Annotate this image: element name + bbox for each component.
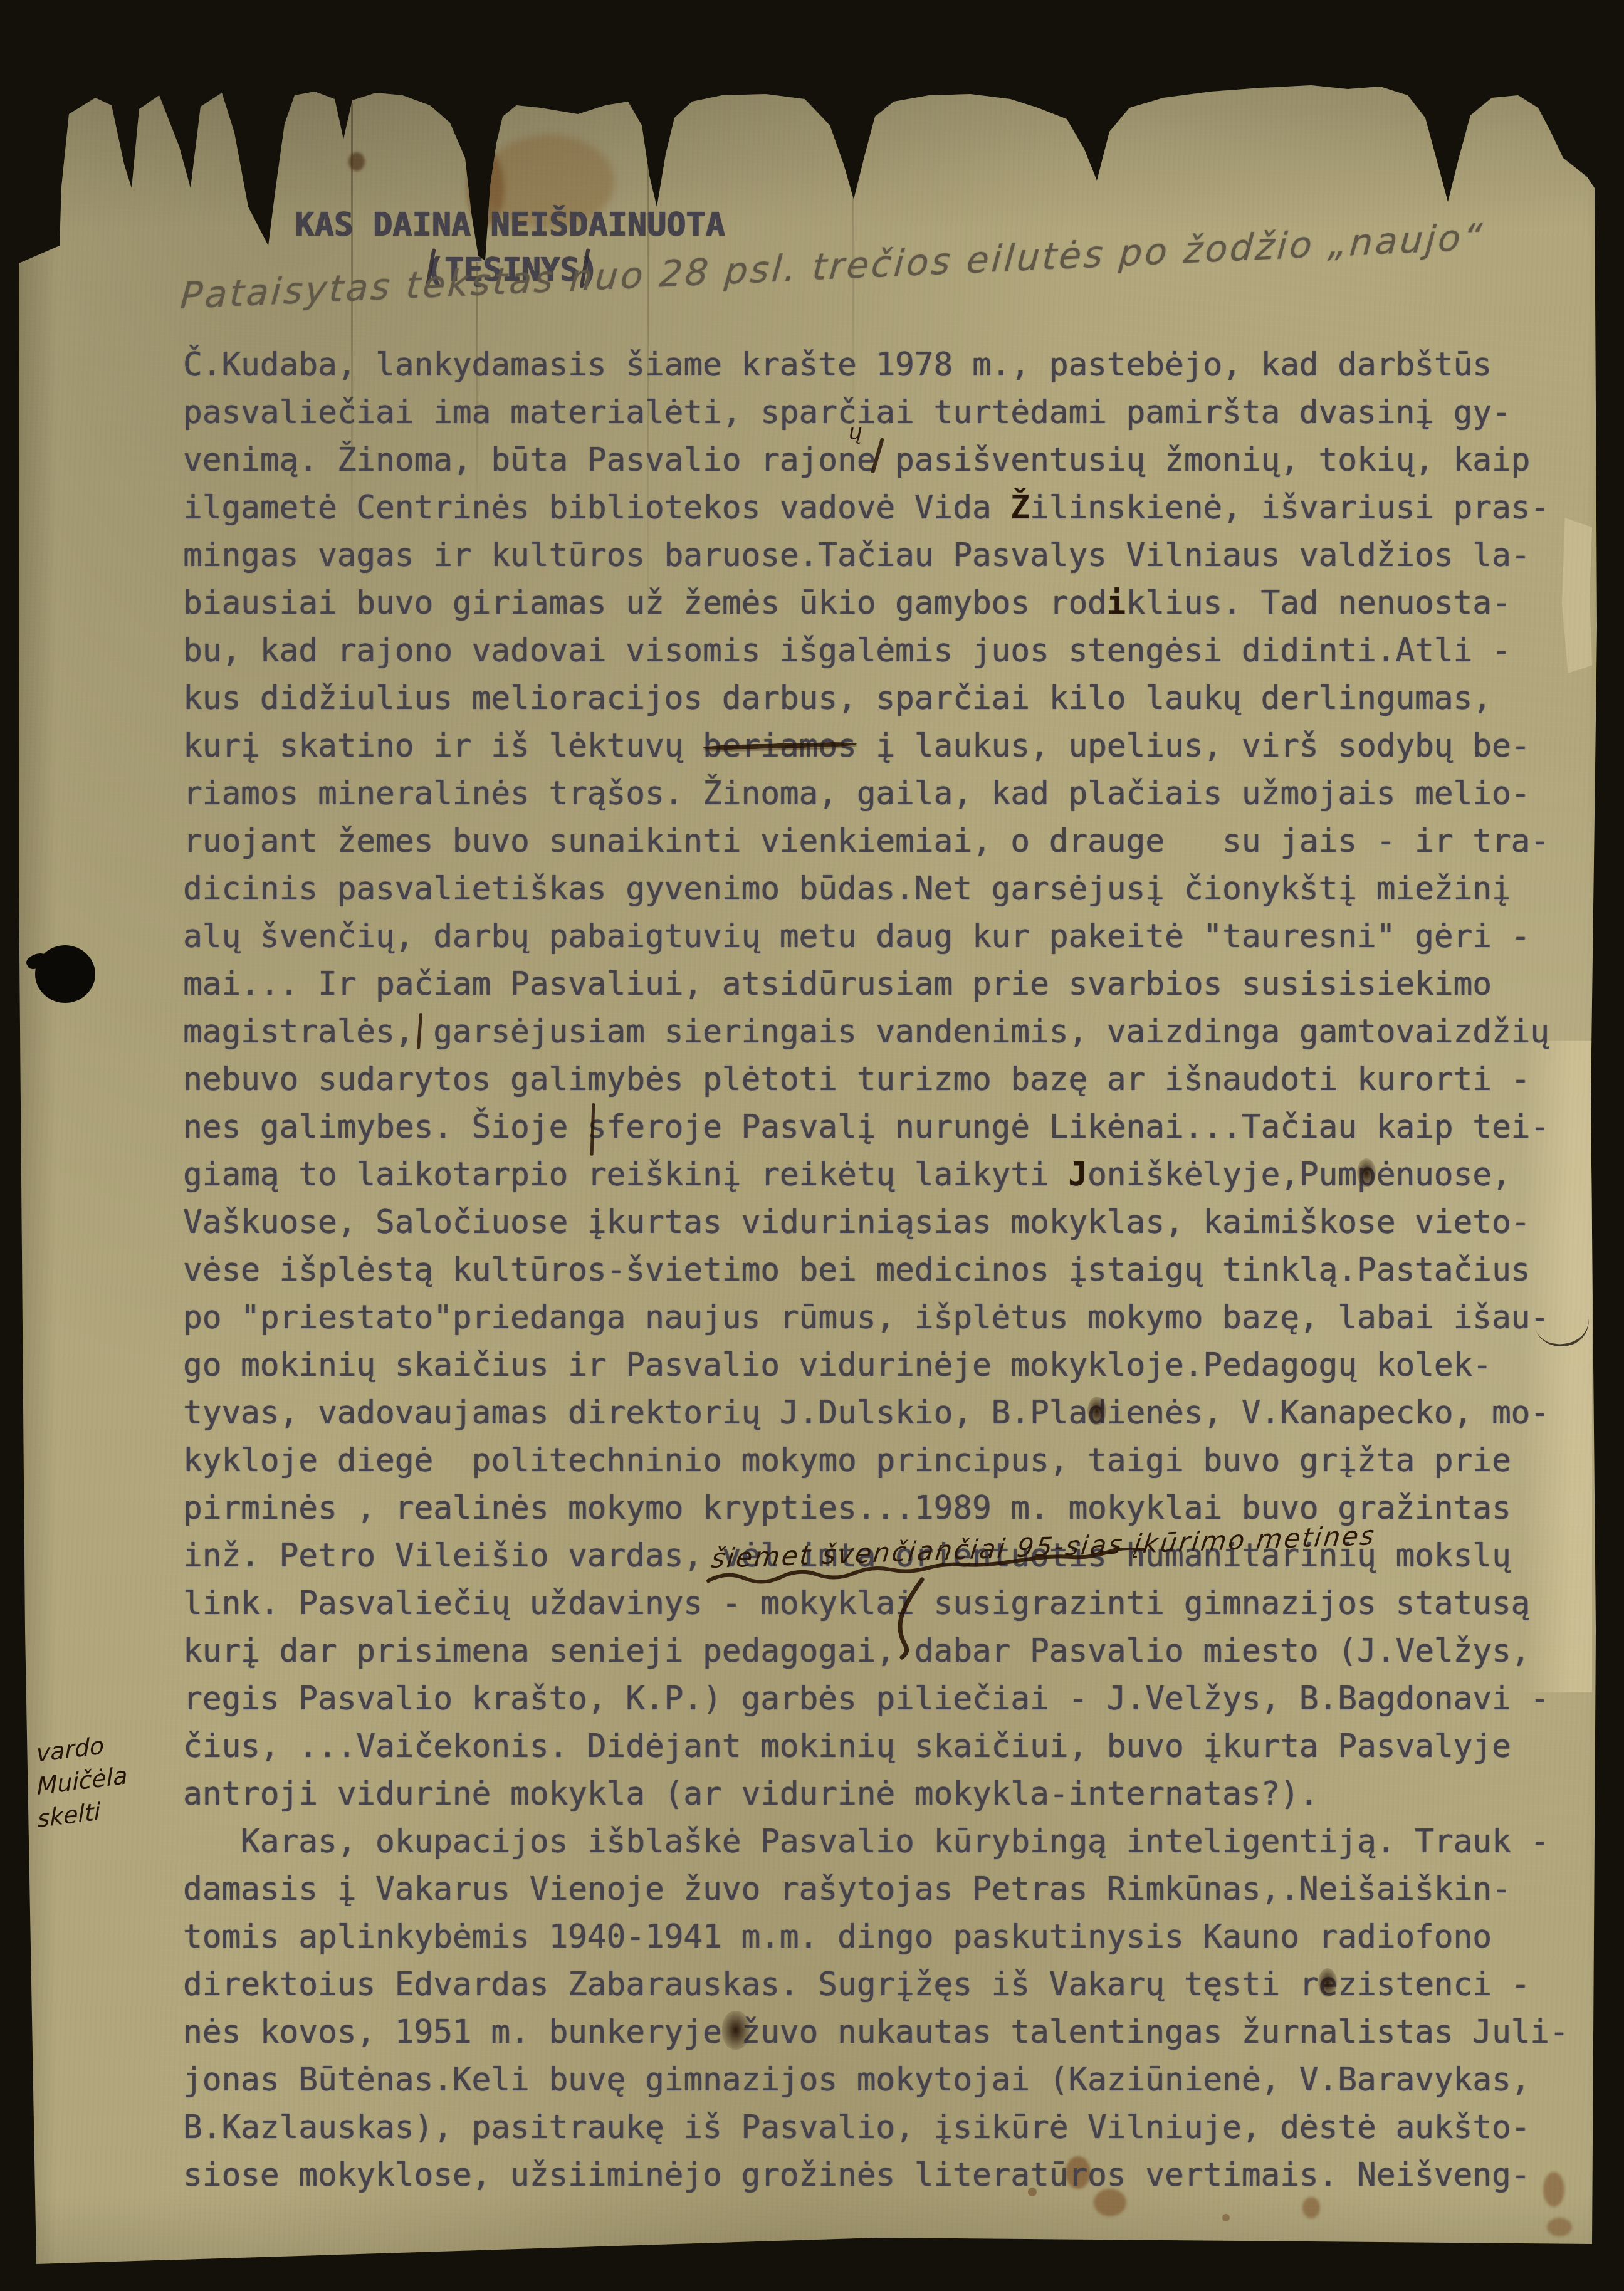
typed-line: biausiai buvo giriamas už žemės ūkio gam… (183, 584, 1511, 623)
typed-line: dicinis pasvalietiškas gyvenimo būdas.Ne… (183, 870, 1511, 909)
typed-line: ruojant žemes buvo sunaikinti vienkiemia… (183, 822, 1549, 861)
typed-line: jonas Būtėnas.Keli buvę gimnazijos mokyt… (183, 2061, 1530, 2100)
typed-line: po "priestato"priedanga naujus rūmus, iš… (183, 1299, 1549, 1338)
typed-line: nės kovos, 1951 m. bunkeryje žuvo nukaut… (183, 2013, 1569, 2052)
typed-line: mingas vagas ir kultūros baruose.Tačiau … (183, 537, 1530, 575)
typed-line: bu, kad rajono vadovai visomis išgalėmis… (183, 632, 1511, 671)
typed-line: nes galimybes. Šioje sferoje Pasvalį nur… (183, 1108, 1549, 1147)
typed-line: direktoius Edvardas Zabarauskas. Sugrįžę… (183, 1966, 1530, 2005)
paper-stain (1543, 2172, 1564, 2207)
typed-line: mai... Ir pačiam Pasvaliui, atsidūrusiam… (183, 965, 1492, 1004)
typed-line: alų švenčių, darbų pabaigtuvių metu daug… (183, 918, 1530, 957)
paper-stain (348, 152, 365, 171)
typed-line: tomis aplinkybėmis 1940-1941 m.m. dingo … (183, 1918, 1492, 1957)
punch-hole (35, 945, 95, 1003)
typed-line: B.Kazlauskas), pasitraukę iš Pasvalio, į… (183, 2109, 1530, 2147)
paper-sheet: KAS DAINA NEIŠDAINUOTA (TĘSINYS) Pataisy… (0, 0, 1624, 2291)
typed-line: tyvas, vadovaujamas direktorių J.Dulskio… (183, 1394, 1549, 1433)
paper-stain (1547, 2218, 1572, 2236)
typed-line: giamą to laikotarpio reiškinį reikėtų la… (183, 1156, 1511, 1195)
typed-line: siose mokyklose, užsiiminėjo grožinės li… (183, 2156, 1530, 2195)
typed-line: pasvaliečiai ima materialėti, sparčiai t… (183, 394, 1511, 433)
typed-line: čius, ...Vaičekonis. Didėjant mokinių sk… (183, 1727, 1511, 1766)
paper-stain (1302, 2197, 1320, 2218)
typed-line: vėse išplėstą kultūros-švietimo bei medi… (183, 1251, 1530, 1290)
typed-line: go mokinių skaičius ir Pasvalio vidurinė… (183, 1346, 1492, 1385)
typed-line: antroji vidurinė mokykla (ar vidurinė mo… (183, 1775, 1319, 1814)
typed-line: damasis į Vakarus Vienoje žuvo rašytojas… (183, 1870, 1511, 1909)
typed-line: magistralės, garsėjusiam sieringais vand… (183, 1013, 1549, 1052)
scanned-document-page: KAS DAINA NEIŠDAINUOTA (TĘSINYS) Pataisy… (0, 0, 1624, 2291)
ink-underline-squiggle (689, 1548, 1617, 1667)
typed-line: riamos mineralinės trąšos. Žinoma, gaila… (183, 775, 1530, 814)
typed-line: Vaškuose, Saločiuose įkurtas viduriniąsi… (183, 1203, 1530, 1242)
handwritten-margin-note: vardo Muičėla skelti (36, 1717, 200, 1836)
typed-line: venimą. Žinoma, būta Pasvalio rajone pas… (183, 441, 1530, 480)
typed-line: nebuvo sudarytos galimybės plėtoti turiz… (183, 1061, 1530, 1099)
right-edge-tear (1562, 518, 1592, 673)
typed-line: ilgametė Centrinės bibliotekos vadovė Vi… (183, 489, 1549, 528)
document-title: KAS DAINA NEIŠDAINUOTA (295, 207, 725, 244)
typed-line: kurį skatino ir iš lėktuvų beriamos į la… (183, 727, 1530, 766)
typed-line: kykloje diegė politechninio mokymo princ… (183, 1442, 1511, 1481)
typed-line: regis Pasvalio krašto, K.P.) garbės pili… (183, 1680, 1549, 1719)
paper-stain (1222, 2214, 1230, 2221)
typed-line: Karas, okupacijos išblaškė Pasvalio kūry… (183, 1823, 1549, 1862)
typed-line: Č.Kudaba, lankydamasis šiame krašte 1978… (183, 346, 1492, 385)
typed-line: kus didžiulius melioracijos darbus, spar… (183, 679, 1492, 718)
